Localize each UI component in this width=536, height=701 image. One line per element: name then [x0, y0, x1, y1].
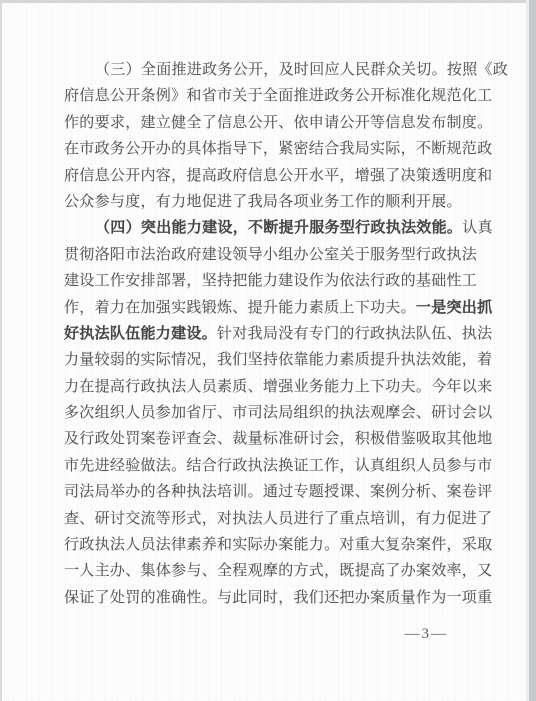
text-line: 府信息公开内容，提高政府信息公开水平，增强了决策透明度和 — [64, 163, 494, 189]
text-segment: 针对我局没有专门的行政执法队伍、执法 — [217, 326, 492, 342]
text-line: 作，着力在加强实践锻炼、提升能力素质上下功夫。一是突出抓 — [64, 295, 494, 321]
text-segment: 在市政务公开办的具体指导下，紧密结合我局实际，不断规范政 — [64, 141, 492, 157]
text-line: 行政执法人员法律素养和实际办案能力。对重大复杂案件，采取 — [64, 532, 494, 558]
text-segment: 多次组织人员参加省厅、市司法局组织的执法观摩会、研讨会以 — [64, 405, 492, 421]
text-line: 保证了处罚的准确性。与此同时，我们还把办案质量作为一项重 — [64, 585, 494, 611]
text-line: 及行政处罚案卷评查会、裁量标准研讨会，积极借鉴吸取其他地 — [64, 426, 494, 452]
text-segment: 查、研讨交流等形式，对执法人员进行了重点培训，有力促进了 — [64, 511, 492, 527]
text-line: 力量较弱的实际情况，我们坚持依靠能力素质提升执法效能，着 — [64, 347, 494, 373]
text-segment: 力量较弱的实际情况，我们坚持依靠能力素质提升执法效能，着 — [64, 352, 492, 368]
text-line: 司法局举办的各种执法培训。通过专题授课、案例分析、案卷评 — [64, 479, 494, 505]
text-segment: 行政执法人员法律素养和实际办案能力。对重大复杂案件，采取 — [64, 537, 492, 553]
text-segment: 建设工作安排部署，坚持把能力建设作为依法行政的基础性工 — [64, 273, 477, 289]
text-line: （三）全面推进政务公开，及时回应人民群众关切。按照《政 — [64, 57, 494, 83]
text-line: 府信息公开条例》和省市关于全面推进政务公开标准化规范化工 — [64, 83, 494, 109]
text-line: 市先进经验做法。结合行政执法换证工作，认真组织人员参与市 — [64, 453, 494, 479]
text-segment: 市先进经验做法。结合行政执法换证工作，认真组织人员参与市 — [64, 458, 492, 474]
scan-edge-left — [0, 0, 2, 701]
document-lines: （三）全面推进政务公开，及时回应人民群众关切。按照《政府信息公开条例》和省市关于… — [64, 57, 494, 611]
text-segment: 公众参与度，有力地促进了我局各项业务工作的顺利开展。 — [64, 194, 462, 210]
bold-text-segment: 好执法队伍能力建设。 — [64, 326, 217, 342]
text-segment: 保证了处罚的准确性。与此同时，我们还把办案质量作为一项重 — [64, 590, 492, 606]
text-segment: 作的要求，建立健全了信息公开、依申请公开等信息发布制度。 — [64, 115, 492, 131]
scanned-document-page: （三）全面推进政务公开，及时回应人民群众关切。按照《政府信息公开条例》和省市关于… — [0, 0, 536, 701]
text-line: 多次组织人员参加省厅、市司法局组织的执法观摩会、研讨会以 — [64, 400, 494, 426]
text-line: （四）突出能力建设，不断提升服务型行政执法效能。认真 — [64, 215, 494, 241]
text-segment: 作，着力在加强实践锻炼、提升能力素质上下功夫。 — [64, 300, 416, 316]
text-line: 建设工作安排部署，坚持把能力建设作为依法行政的基础性工 — [64, 268, 494, 294]
text-line: 作的要求，建立健全了信息公开、依申请公开等信息发布制度。 — [64, 110, 494, 136]
text-segment: 贯彻洛阳市法治政府建设领导小组办公室关于服务型行政执法 — [64, 247, 477, 263]
text-segment: 府信息公开内容，提高政府信息公开水平，增强了决策透明度和 — [64, 168, 492, 184]
text-line: 力在提高行政执法人员素质、增强业务能力上下功夫。今年以来 — [64, 374, 494, 400]
text-segment: 认真 — [462, 220, 493, 236]
text-segment: （三）全面推进政务公开，及时回应人民群众关切。按照《政 — [95, 62, 508, 78]
bold-text-segment: （四）突出能力建设，不断提升服务型行政执法效能。 — [95, 220, 462, 236]
text-segment: 及行政处罚案卷评查会、裁量标准研讨会，积极借鉴吸取其他地 — [64, 431, 492, 447]
text-line: 在市政务公开办的具体指导下，紧密结合我局实际，不断规范政 — [64, 136, 494, 162]
text-segment: 司法局举办的各种执法培训。通过专题授课、案例分析、案卷评 — [64, 484, 492, 500]
scan-edge-right — [529, 0, 536, 701]
scan-edge-top — [0, 0, 536, 3]
text-line: 好执法队伍能力建设。针对我局没有专门的行政执法队伍、执法 — [64, 321, 494, 347]
text-segment: 一人主办、集体参与、全程观摩的方式，既提高了办案效率，又 — [64, 563, 492, 579]
text-line: 贯彻洛阳市法治政府建设领导小组办公室关于服务型行政执法 — [64, 242, 494, 268]
bold-text-segment: 一是突出抓 — [416, 300, 493, 316]
page-number: —3— — [64, 626, 448, 643]
text-line: 查、研讨交流等形式，对执法人员进行了重点培训，有力促进了 — [64, 506, 494, 532]
text-line: 公众参与度，有力地促进了我局各项业务工作的顺利开展。 — [64, 189, 494, 215]
text-segment: 府信息公开条例》和省市关于全面推进政务公开标准化规范化工 — [64, 88, 492, 104]
text-line: 一人主办、集体参与、全程观摩的方式，既提高了办案效率，又 — [64, 558, 494, 584]
text-segment: 力在提高行政执法人员素质、增强业务能力上下功夫。今年以来 — [64, 379, 492, 395]
